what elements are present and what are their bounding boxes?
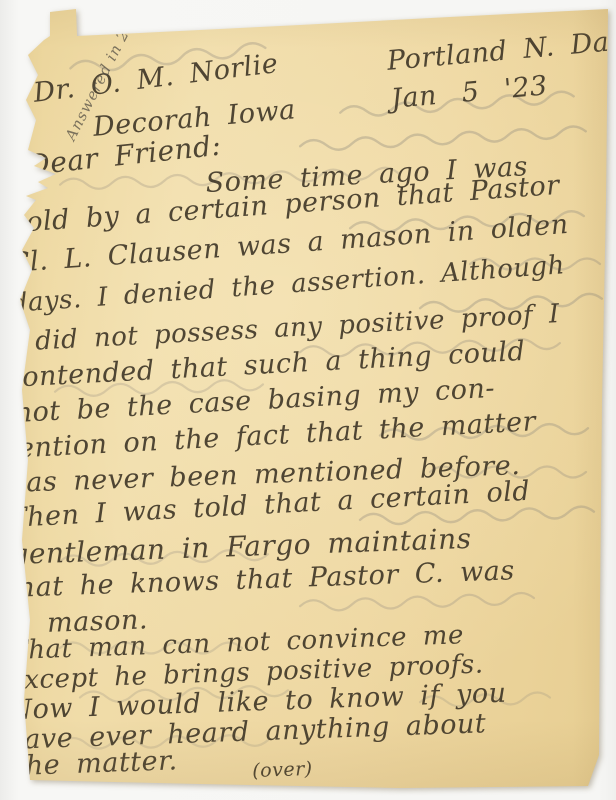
- letter-date: Jan 5 '23: [390, 72, 549, 113]
- paper-shadow-wrapper: Portland N. Dak Jan 5 '23 Dr. O. M. Norl…: [0, 0, 616, 800]
- scanned-letter-image: Portland N. Dak Jan 5 '23 Dr. O. M. Norl…: [0, 0, 616, 800]
- page-over-note: (over): [252, 760, 313, 781]
- body-line: the matter.: [14, 747, 178, 780]
- salutation: Dear Friend:: [26, 132, 223, 180]
- letter-place: Portland N. Dak: [386, 27, 616, 75]
- letter-paper: Portland N. Dak Jan 5 '23 Dr. O. M. Norl…: [0, 0, 616, 800]
